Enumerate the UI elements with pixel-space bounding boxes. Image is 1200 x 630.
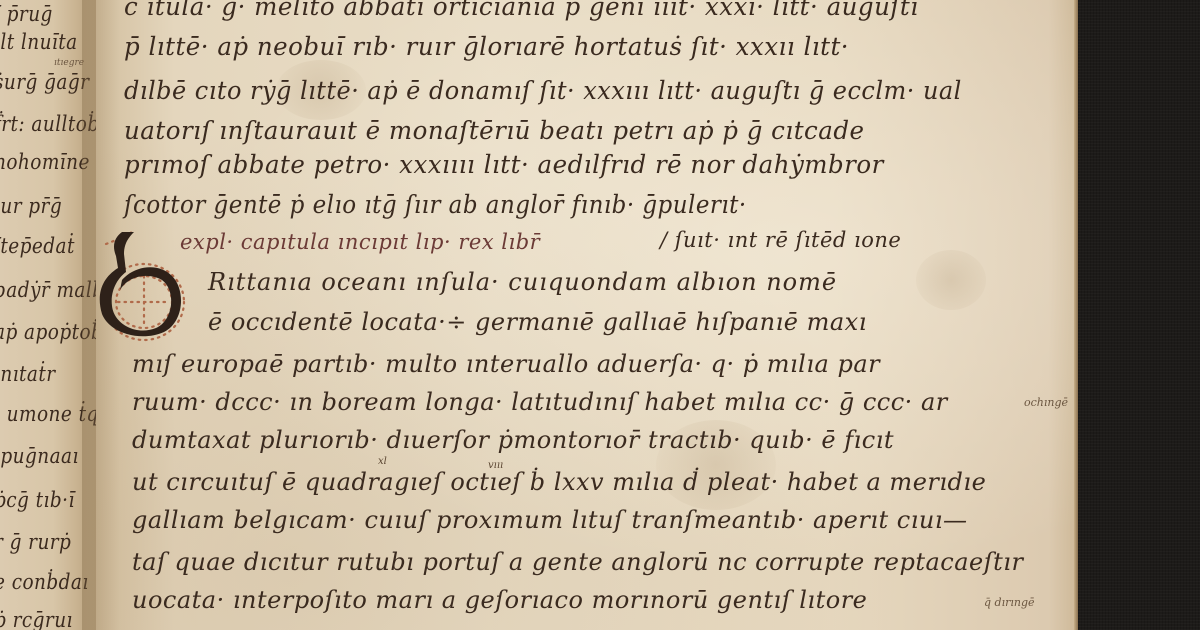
left-page: ı̄ p̄ruḡ ılt lnuı̄ta ıtıegre ṡurḡ ḡaḡr ḟ…	[0, 0, 96, 630]
left-page-line: nohomı̄ne	[0, 152, 90, 173]
left-page-line: ṗ rcḡruı	[0, 610, 73, 630]
left-page-line: ḟrt: aulltoḃ	[0, 114, 96, 135]
text-line: taſ quae dıcıtur rutubı portuſ a gente a…	[132, 550, 1023, 574]
left-page-line: ıpuḡnaaı	[0, 446, 79, 467]
marginal-gloss: ochıngē	[1024, 396, 1068, 409]
marginal-gloss: q̄ dırıngē	[984, 596, 1035, 609]
left-page-line: e conḃdaı	[0, 572, 89, 593]
text-line: ē occıdentē locata·÷ germanıē gallıaē hı…	[208, 310, 867, 334]
text-line: ut cırcuıtuſ ē quadragıeſ octıeſ ḃ lxxv …	[132, 470, 986, 494]
chapter-list-line: dılbē cıto rẏḡ lıttē· aṗ ē donamıſ ſıt· …	[124, 78, 962, 103]
left-page-line: ṗcḡ tıb·ı̄	[0, 490, 75, 511]
black-cloth-backdrop	[1078, 0, 1200, 630]
text-line: uocata· ınterpoſıto marı a geſorıaco mor…	[132, 588, 867, 612]
left-page-line: ı̄ p̄ruḡ	[0, 4, 53, 25]
chapter-list-line: p̄ lıttē· aṗ neobuı̄ rıb· ruır ḡlorıarē …	[124, 34, 849, 59]
left-page-line: ı̄tep̄edaṫ	[0, 236, 75, 257]
left-interlinear-gloss: ıtıegre	[54, 58, 84, 68]
text-line-incipit: Rıttanıa oceanı ınſula· cuıquondam albıo…	[208, 270, 837, 294]
left-page-line: ṡurḡ ḡaḡr	[0, 72, 89, 93]
initial-b-icon	[92, 228, 188, 344]
left-page-line: ınıtaṫr	[0, 364, 56, 385]
text-line: dumtaxat plurıorıb· dıuerſor ṗmontorıor̄…	[132, 428, 894, 452]
interlinear-numeral: xl	[378, 456, 387, 467]
rubric-tail: / ſuıt· ınt rē ſıtēd ıone	[660, 230, 901, 251]
chapter-list-line: prımoſ abbate petro· xxxıııı lıtt· aedıl…	[124, 152, 884, 177]
left-page-line: aṗ apoṗtoḃ	[0, 322, 96, 343]
page-edge	[1074, 0, 1078, 630]
left-page-line: ılt lnuı̄ta	[0, 32, 78, 53]
left-page-line: r ḡ rurṗ	[0, 532, 71, 553]
left-page-line: ḃadẏr̄ malb	[0, 280, 96, 301]
chapter-list-line: ſcottor ḡentē ṗ elıo ıtḡ ſıır ab anglor̄…	[124, 192, 747, 217]
chapter-list-line: c̄ ıtula· ḡ· melıto abbatı ortıcıanıa ṗ …	[124, 0, 919, 19]
text-line: mıſ europaē partıb· multo ınteruallo adu…	[132, 352, 880, 376]
left-page-line: l umone ṫq	[0, 404, 96, 425]
decorated-initial-b	[92, 228, 188, 344]
parchment-stain	[916, 250, 986, 310]
chapter-list-line: uatorıſ ınſtaurauıt ē monaſtērıū beatı p…	[124, 118, 865, 143]
manuscript-photograph: ı̄ p̄ruḡ ılt lnuı̄ta ıtıegre ṡurḡ ḡaḡr ḟ…	[0, 0, 1200, 630]
left-page-line: ıur pr̄ḡ	[0, 196, 62, 217]
rubric-explicit-incipit: expl· capıtula ıncıpıt lıp· rex lıbr̄	[180, 232, 540, 253]
text-line: ruum· dccc· ın boream longa· latıtudınıſ…	[132, 390, 948, 414]
text-line: gallıam belgıcam· cuıuſ proxımum lıtuſ t…	[132, 508, 968, 532]
